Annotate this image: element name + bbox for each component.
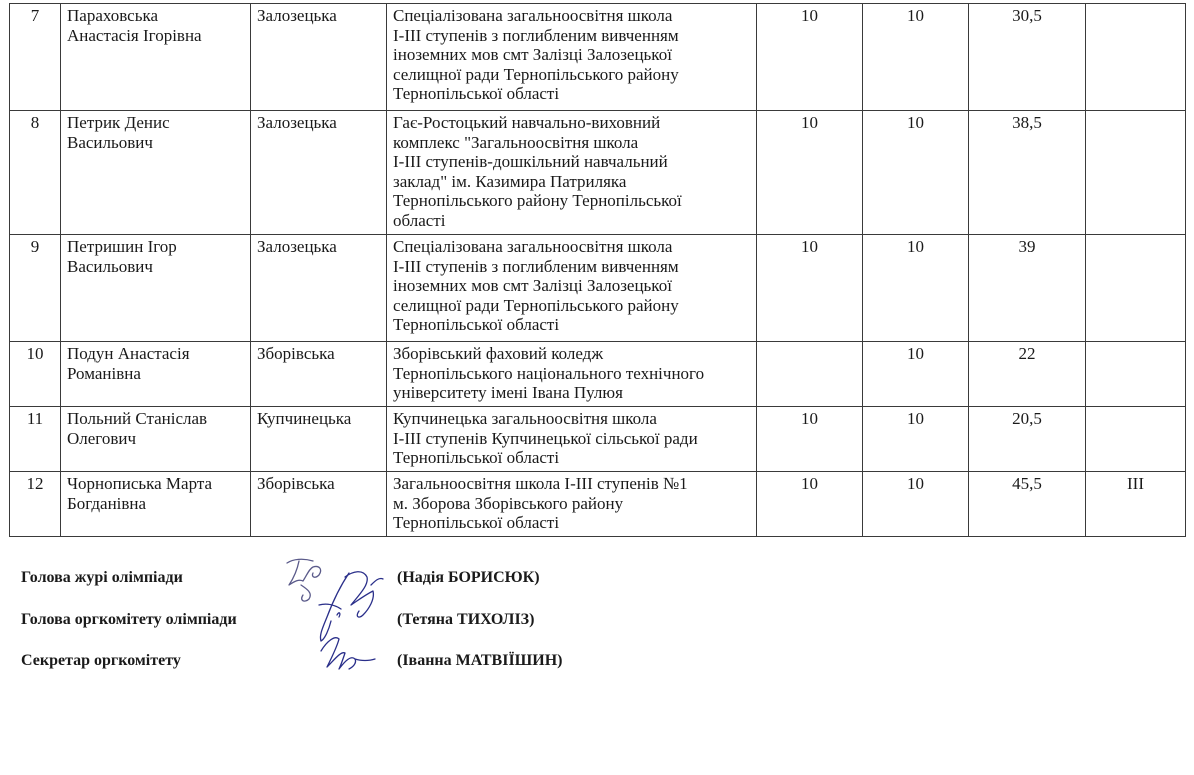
school-line: комплекс "Загальноосвітня школа <box>393 133 750 153</box>
school-line: іноземних мов смт Залізці Залозецької <box>393 45 750 65</box>
student-name-line: Параховська <box>67 6 244 26</box>
cell-place: ІІІ <box>1086 472 1186 537</box>
school-line: Тернопільської області <box>393 513 750 533</box>
place-value: ІІІ <box>1127 474 1144 493</box>
table-row: 11Польний СтаніславОлеговичКупчинецькаКу… <box>10 407 1186 472</box>
cell-place <box>1086 4 1186 111</box>
cell-total-score: 22 <box>969 342 1086 407</box>
cell-total-score: 30,5 <box>969 4 1086 111</box>
cell-score-1: 10 <box>757 472 863 537</box>
cell-community: Зборівська <box>251 342 387 407</box>
signature-block: Голова журі олімпіади (Надія БОРИСЮК) Го… <box>21 569 641 679</box>
signature-title: Секретар оргкомітету <box>21 652 181 670</box>
results-table: 7ПараховськаАнастасія ІгорівнаЗалозецька… <box>9 3 1186 537</box>
cell-number: 7 <box>10 4 61 111</box>
cell-score-1: 10 <box>757 407 863 472</box>
community-name: Залозецька <box>257 113 337 132</box>
school-line: Спеціалізована загальноосвітня школа <box>393 237 750 257</box>
total-score: 22 <box>1019 344 1036 363</box>
cell-school: Спеціалізована загальноосвітня школаІ-ІІ… <box>387 235 757 342</box>
row-number: 8 <box>31 113 40 132</box>
cell-school: Зборівський фаховий коледжТернопільськог… <box>387 342 757 407</box>
total-score: 38,5 <box>1012 113 1042 132</box>
cell-community: Зборівська <box>251 472 387 537</box>
cell-place <box>1086 235 1186 342</box>
community-name: Залозецька <box>257 237 337 256</box>
cell-place <box>1086 111 1186 235</box>
cell-number: 10 <box>10 342 61 407</box>
cell-score-1: 10 <box>757 111 863 235</box>
school-line: Тернопільської області <box>393 448 750 468</box>
student-name-line: Анастасія Ігорівна <box>67 26 244 46</box>
table-row: 12Чорнописька МартаБогданівнаЗборівськаЗ… <box>10 472 1186 537</box>
signatory-name: (Надія БОРИСЮК) <box>397 569 540 587</box>
cell-number: 9 <box>10 235 61 342</box>
cell-score-2: 10 <box>863 235 969 342</box>
score-value: 10 <box>907 409 924 428</box>
score-value: 10 <box>801 6 818 25</box>
student-name-line: Подун Анастасія <box>67 344 244 364</box>
cell-score-1: 10 <box>757 235 863 342</box>
cell-number: 8 <box>10 111 61 235</box>
cell-score-2: 10 <box>863 111 969 235</box>
school-line: Загальноосвітня школа І-ІІІ ступенів №1 <box>393 474 750 494</box>
cell-score-1: 10 <box>757 4 863 111</box>
school-line: І-ІІІ ступенів з поглибленим вивченням <box>393 257 750 277</box>
cell-community: Залозецька <box>251 4 387 111</box>
score-value: 10 <box>907 113 924 132</box>
school-line: Тернопільської області <box>393 315 750 335</box>
score-value: 10 <box>907 6 924 25</box>
row-number: 12 <box>27 474 44 493</box>
cell-student-name: Чорнописька МартаБогданівна <box>61 472 251 537</box>
signatory-name: (Іванна МАТВІЇШИН) <box>397 652 562 670</box>
cell-student-name: Петрик ДенисВасильович <box>61 111 251 235</box>
row-number: 11 <box>27 409 43 428</box>
cell-community: Купчинецька <box>251 407 387 472</box>
cell-score-2: 10 <box>863 342 969 407</box>
cell-place <box>1086 407 1186 472</box>
cell-school: Гає-Ростоцький навчально-виховнийкомплек… <box>387 111 757 235</box>
signatory-name: (Тетяна ТИХОЛІЗ) <box>397 611 534 629</box>
cell-number: 12 <box>10 472 61 537</box>
community-name: Купчинецька <box>257 409 351 428</box>
cell-score-2: 10 <box>863 4 969 111</box>
student-name-line: Романівна <box>67 364 244 384</box>
score-value: 10 <box>801 237 818 256</box>
cell-school: Спеціалізована загальноосвітня школаІ-ІІ… <box>387 4 757 111</box>
cell-score-1 <box>757 342 863 407</box>
school-line: іноземних мов смт Залізці Залозецької <box>393 276 750 296</box>
cell-student-name: ПараховськаАнастасія Ігорівна <box>61 4 251 111</box>
score-value: 10 <box>801 409 818 428</box>
table-row: 8Петрик ДенисВасильовичЗалозецькаГає-Рос… <box>10 111 1186 235</box>
student-name-line: Польний Станіслав <box>67 409 244 429</box>
cell-number: 11 <box>10 407 61 472</box>
school-line: області <box>393 211 750 231</box>
community-name: Зборівська <box>257 474 335 493</box>
cell-student-name: Подун АнастасіяРоманівна <box>61 342 251 407</box>
school-line: Купчинецька загальноосвітня школа <box>393 409 750 429</box>
row-number: 7 <box>31 6 40 25</box>
school-line: Тернопільського національного технічного <box>393 364 750 384</box>
student-name-line: Васильович <box>67 257 244 277</box>
student-name-line: Олегович <box>67 429 244 449</box>
school-line: І-ІІІ ступенів Купчинецької сільської ра… <box>393 429 750 449</box>
cell-student-name: Польний СтаніславОлегович <box>61 407 251 472</box>
cell-score-2: 10 <box>863 472 969 537</box>
school-line: селищної ради Тернопільського району <box>393 65 750 85</box>
school-line: Тернопільського району Тернопільської <box>393 191 750 211</box>
table-row: 9Петришин ІгорВасильовичЗалозецькаСпеціа… <box>10 235 1186 342</box>
school-line: селищної ради Тернопільського району <box>393 296 750 316</box>
signature-title: Голова оргкомітету олімпіади <box>21 611 237 629</box>
student-name-line: Петришин Ігор <box>67 237 244 257</box>
signature-title: Голова журі олімпіади <box>21 569 183 587</box>
school-line: Зборівський фаховий коледж <box>393 344 750 364</box>
community-name: Зборівська <box>257 344 335 363</box>
school-line: Гає-Ростоцький навчально-виховний <box>393 113 750 133</box>
table-row: 10Подун АнастасіяРоманівнаЗборівськаЗбор… <box>10 342 1186 407</box>
score-value: 10 <box>907 344 924 363</box>
cell-score-2: 10 <box>863 407 969 472</box>
cell-total-score: 20,5 <box>969 407 1086 472</box>
row-number: 9 <box>31 237 40 256</box>
school-line: І-ІІІ ступенів-дошкільний навчальний <box>393 152 750 172</box>
total-score: 45,5 <box>1012 474 1042 493</box>
student-name-line: Чорнописька Марта <box>67 474 244 494</box>
student-name-line: Богданівна <box>67 494 244 514</box>
cell-total-score: 38,5 <box>969 111 1086 235</box>
table-body: 7ПараховськаАнастасія ІгорівнаЗалозецька… <box>10 4 1186 537</box>
cell-school: Загальноосвітня школа І-ІІІ ступенів №1м… <box>387 472 757 537</box>
cell-school: Купчинецька загальноосвітня школаІ-ІІІ с… <box>387 407 757 472</box>
cell-community: Залозецька <box>251 235 387 342</box>
school-line: м. Зборова Зборівського району <box>393 494 750 514</box>
cell-total-score: 45,5 <box>969 472 1086 537</box>
school-line: І-ІІІ ступенів з поглибленим вивченням <box>393 26 750 46</box>
cell-student-name: Петришин ІгорВасильович <box>61 235 251 342</box>
score-value: 10 <box>907 237 924 256</box>
school-line: університету імені Івана Пулюя <box>393 383 750 403</box>
cell-place <box>1086 342 1186 407</box>
school-line: Тернопільської області <box>393 84 750 104</box>
total-score: 30,5 <box>1012 6 1042 25</box>
school-line: Спеціалізована загальноосвітня школа <box>393 6 750 26</box>
table-row: 7ПараховськаАнастасія ІгорівнаЗалозецька… <box>10 4 1186 111</box>
row-number: 10 <box>27 344 44 363</box>
student-name-line: Петрик Денис <box>67 113 244 133</box>
score-value: 10 <box>801 113 818 132</box>
score-value: 10 <box>801 474 818 493</box>
community-name: Залозецька <box>257 6 337 25</box>
score-value: 10 <box>907 474 924 493</box>
total-score: 20,5 <box>1012 409 1042 428</box>
cell-community: Залозецька <box>251 111 387 235</box>
handwritten-signatures-icon <box>279 555 409 675</box>
student-name-line: Васильович <box>67 133 244 153</box>
total-score: 39 <box>1019 237 1036 256</box>
school-line: заклад" ім. Казимира Патриляка <box>393 172 750 192</box>
cell-total-score: 39 <box>969 235 1086 342</box>
